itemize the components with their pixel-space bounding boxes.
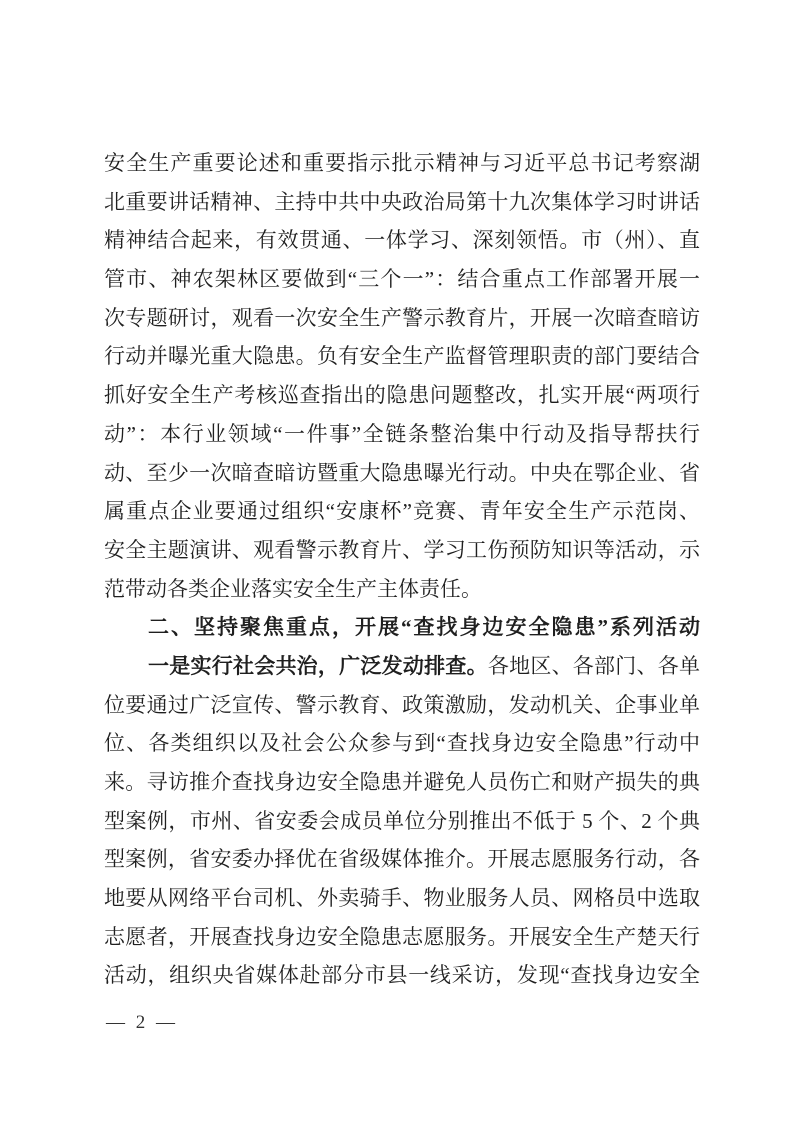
body-text-line: 地要从网络平台司机、外卖骑手、物业服务人员、网格员中选取 <box>104 879 700 918</box>
document-body: 安全生产重要论述和重要指示批示精神与习近平总书记考察湖北重要讲话精神、主持中共中… <box>104 144 700 995</box>
body-text-line: 精神结合起来，有效贯通、一体学习、深刻领悟。市（州）、直 <box>104 221 700 260</box>
body-text-line: 志愿者，开展查找身边安全隐患志愿服务。开展安全生产楚天行 <box>104 918 700 957</box>
text-segment: 管市、神农架林区要做到“三个一”：结合重点工作部署开展一 <box>104 267 700 291</box>
bold-text-segment: 一是实行社会共治，广泛发动排查。 <box>148 654 488 678</box>
section-heading-line: 二、坚持聚焦重点，开展“查找身边安全隐患”系列活动 <box>104 608 700 647</box>
text-segment: 各地区、各部门、各单 <box>488 654 700 678</box>
body-text-line: 属重点企业要通过组织“安康杯”竞赛、青年安全生产示范岗、 <box>104 492 700 531</box>
body-text-line: 动、至少一次暗查暗访暨重大隐患曝光行动。中央在鄂企业、省 <box>104 454 700 493</box>
text-segment: 属重点企业要通过组织“安康杯”竞赛、青年安全生产示范岗、 <box>104 499 700 523</box>
text-segment: 动”：本行业领域“一件事”全链条整治集中行动及指导帮扶行 <box>104 422 700 446</box>
body-text-line: 范带动各类企业落实安全生产主体责任。 <box>104 570 700 609</box>
body-text-line: 次专题研讨，观看一次安全生产警示教育片，开展一次暗查暗访 <box>104 299 700 338</box>
text-segment: 精神结合起来，有效贯通、一体学习、深刻领悟。市（州）、直 <box>104 228 700 252</box>
body-text-line: 活动，组织央省媒体赴部分市县一线采访，发现“查找身边安全 <box>104 956 700 995</box>
text-segment: 型案例，省安委办择优在省级媒体推介。开展志愿服务行动，各 <box>104 847 700 871</box>
body-text-line: 位、各类组织以及社会公众参与到“查找身边安全隐患”行动中 <box>104 724 700 763</box>
text-segment: 安全生产重要论述和重要指示批示精神与习近平总书记考察湖 <box>104 151 700 175</box>
text-segment: 活动，组织央省媒体赴部分市县一线采访，发现“查找身边安全 <box>104 963 700 987</box>
body-text-line: 位要通过广泛宣传、警示教育、政策激励，发动机关、企事业单 <box>104 686 700 725</box>
text-segment: 来。寻访推介查找身边安全隐患并避免人员伤亡和财产损失的典 <box>104 770 700 794</box>
text-segment: 范带动各类企业落实安全生产主体责任。 <box>104 577 482 601</box>
text-segment: 安全主题演讲、观看警示教育片、学习工伤预防知识等活动，示 <box>104 538 700 562</box>
page-number: — 2 — <box>106 1008 178 1038</box>
text-segment: 位、各类组织以及社会公众参与到“查找身边安全隐患”行动中 <box>104 731 700 755</box>
text-segment: 型案例，市州、省安委会成员单位分别推出不低于 5 个、2 个典 <box>104 809 700 833</box>
text-segment: 动、至少一次暗查暗访暨重大隐患曝光行动。中央在鄂企业、省 <box>104 461 700 485</box>
body-text-line: 安全主题演讲、观看警示教育片、学习工伤预防知识等活动，示 <box>104 531 700 570</box>
body-text-line: 型案例，省安委办择优在省级媒体推介。开展志愿服务行动，各 <box>104 840 700 879</box>
text-segment: 北重要讲话精神、主持中共中央政治局第十九次集体学习时讲话 <box>104 190 700 214</box>
text-segment: 抓好安全生产考核巡查指出的隐患问题整改，扎实开展“两项行 <box>104 383 700 407</box>
body-text-line: 北重要讲话精神、主持中共中央政治局第十九次集体学习时讲话 <box>104 183 700 222</box>
body-text-line: 一是实行社会共治，广泛发动排查。各地区、各部门、各单 <box>104 647 700 686</box>
text-segment: 次专题研讨，观看一次安全生产警示教育片，开展一次暗查暗访 <box>104 306 700 330</box>
text-segment: 位要通过广泛宣传、警示教育、政策激励，发动机关、企事业单 <box>104 693 700 717</box>
body-text-line: 行动并曝光重大隐患。负有安全生产监督管理职责的部门要结合 <box>104 337 700 376</box>
body-text-line: 安全生产重要论述和重要指示批示精神与习近平总书记考察湖 <box>104 144 700 183</box>
body-text-line: 抓好安全生产考核巡查指出的隐患问题整改，扎实开展“两项行 <box>104 376 700 415</box>
body-text-line: 动”：本行业领域“一件事”全链条整治集中行动及指导帮扶行 <box>104 415 700 454</box>
body-text-line: 管市、神农架林区要做到“三个一”：结合重点工作部署开展一 <box>104 260 700 299</box>
text-segment: 地要从网络平台司机、外卖骑手、物业服务人员、网格员中选取 <box>104 886 700 910</box>
text-segment: 行动并曝光重大隐患。负有安全生产监督管理职责的部门要结合 <box>104 344 700 368</box>
bold-text-segment: 二、坚持聚焦重点，开展“查找身边安全隐患”系列活动 <box>148 615 700 639</box>
body-text-line: 来。寻访推介查找身边安全隐患并避免人员伤亡和财产损失的典 <box>104 763 700 802</box>
text-segment: 志愿者，开展查找身边安全隐患志愿服务。开展安全生产楚天行 <box>104 925 700 949</box>
body-text-line: 型案例，市州、省安委会成员单位分别推出不低于 5 个、2 个典 <box>104 802 700 841</box>
